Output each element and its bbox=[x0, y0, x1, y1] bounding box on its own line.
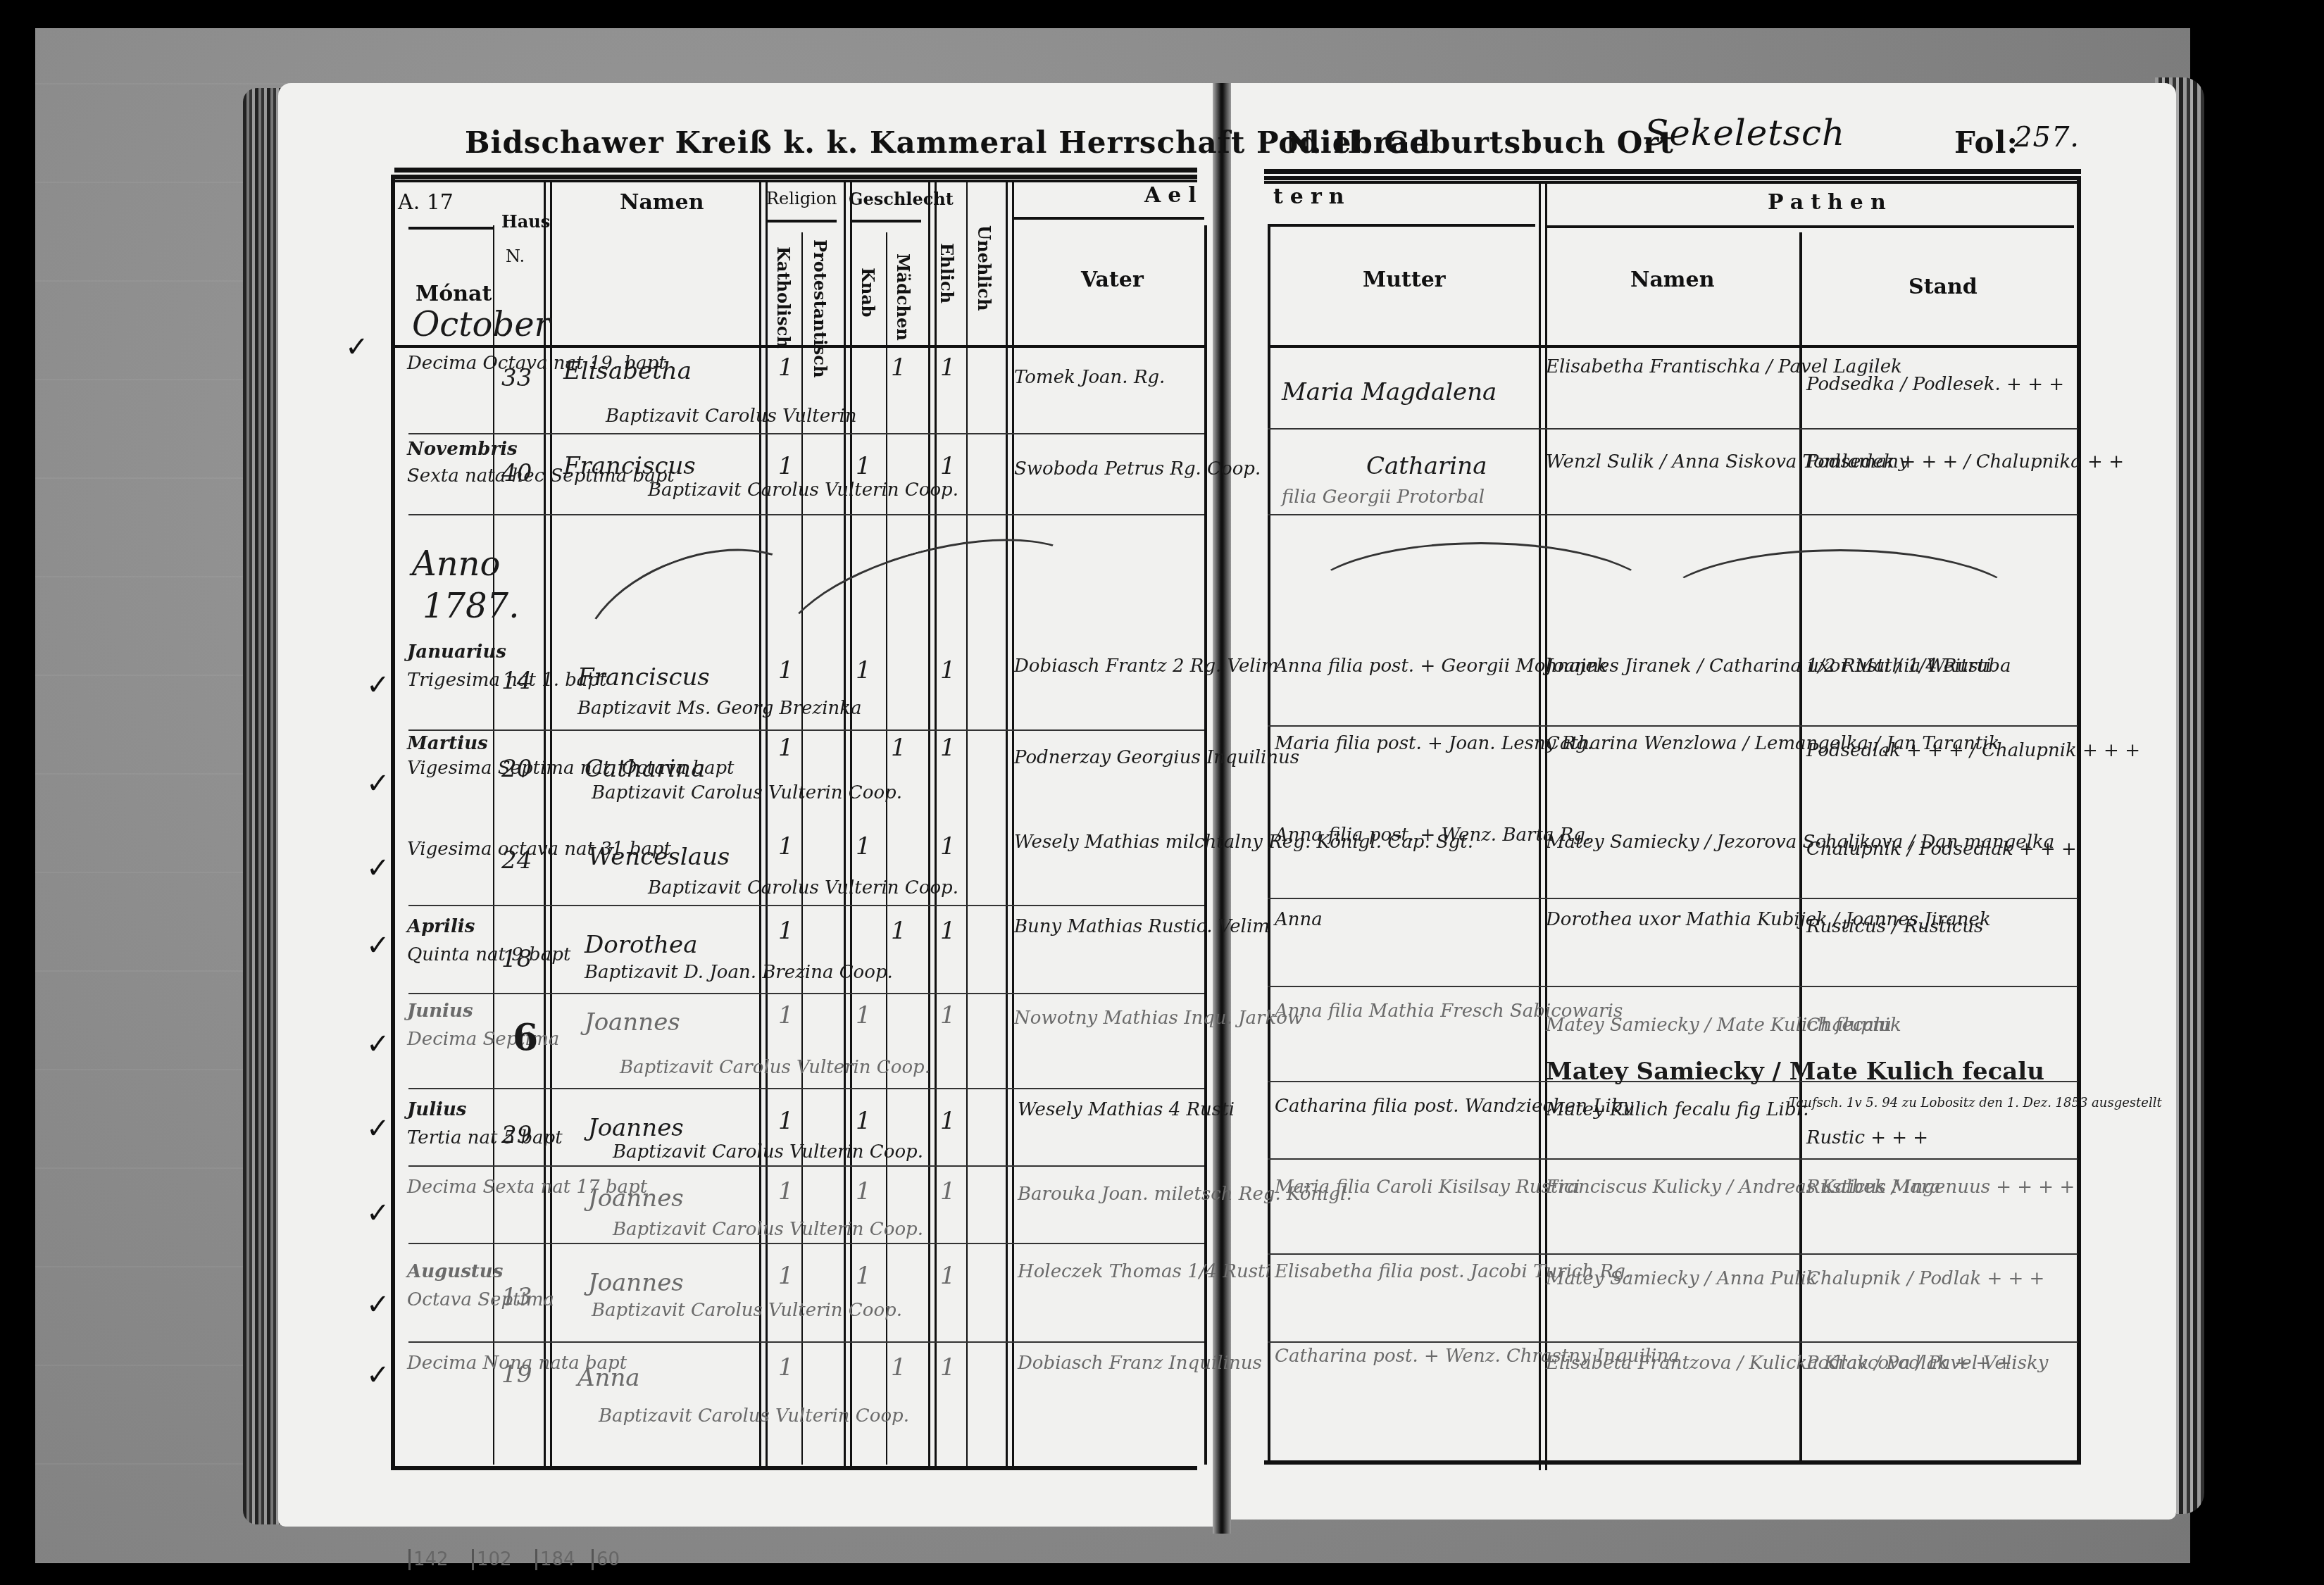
entry-madchen: 1 bbox=[891, 1352, 906, 1383]
entry-ehlich: 1 bbox=[940, 1260, 956, 1291]
entry-mutter: Maria filia Caroli Kisilsay Rustici bbox=[1275, 1176, 1580, 1200]
entry-baptizer: Baptizavit D. Joan. Brezina Coop. bbox=[585, 961, 893, 985]
entry-month: Januarius bbox=[407, 641, 506, 665]
entry-month: Junius bbox=[407, 1000, 473, 1024]
row-separator bbox=[408, 729, 1204, 731]
entry-house: 6 bbox=[513, 1014, 538, 1062]
flourish-stroke bbox=[1303, 542, 1659, 659]
col-divider bbox=[966, 182, 968, 1470]
row-separator bbox=[1268, 898, 2078, 899]
entry-name: Catharina bbox=[585, 753, 705, 784]
entry-name: Joannes bbox=[588, 1183, 684, 1214]
row-separator bbox=[408, 905, 1204, 906]
katholisch-label: Katholisch bbox=[773, 246, 794, 349]
entry-month: Aprilis bbox=[407, 915, 475, 939]
row-separator bbox=[408, 1341, 1204, 1343]
anno-label: Anno bbox=[412, 542, 500, 586]
entry-month: Julius bbox=[407, 1098, 467, 1122]
entry-house: 19 bbox=[501, 1359, 532, 1390]
ruler-mark: 102 bbox=[472, 1549, 512, 1570]
entry-vater: Wesely Mathias 4 Rusti bbox=[1018, 1098, 1235, 1122]
entry-baptizer: Baptizavit Carolus Vulterin Coop. bbox=[599, 1405, 909, 1429]
entry-house: 24 bbox=[501, 845, 532, 876]
entry-pathen-stand: Chalupnik / Podsedlak + + + bbox=[1806, 838, 2077, 862]
entry-pathen-stand: Rustic + + + bbox=[1806, 1127, 1928, 1151]
vater-label: Vater bbox=[1081, 268, 1144, 292]
margin-check-mark: ✓ bbox=[366, 1289, 390, 1321]
row-separator bbox=[1268, 1158, 2078, 1160]
entry-ehlich: 1 bbox=[940, 1352, 956, 1383]
row-separator bbox=[408, 433, 1204, 434]
row-separator bbox=[408, 993, 1204, 994]
pathen-namen-label: Namen bbox=[1630, 268, 1715, 292]
entry-vater: Holeczek Thomas 1/4 Rusti bbox=[1018, 1260, 1271, 1284]
entry-house: 20 bbox=[501, 753, 532, 784]
entry-knab: 1 bbox=[856, 655, 871, 686]
entry-date: Quinta nat 9 bapt bbox=[407, 944, 570, 967]
folio-number: 257. bbox=[2014, 121, 2080, 154]
entry-name: Wenceslaus bbox=[588, 841, 730, 872]
margin-check-mark: ✓ bbox=[366, 1113, 390, 1145]
flourish-stroke bbox=[1655, 549, 2025, 666]
entry-madchen: 1 bbox=[891, 352, 906, 383]
knab-label: Knab bbox=[858, 268, 878, 318]
entry-vater: Dobiasch Frantz 2 Rg. Velim bbox=[1014, 655, 1279, 679]
margin-check-mark: ✓ bbox=[366, 1197, 390, 1229]
scan-ruler: 142 102 184 60 bbox=[268, 1528, 901, 1570]
row-separator bbox=[408, 1165, 1204, 1167]
entry-knab: 1 bbox=[856, 831, 871, 862]
entry-baptizer: Baptizavit Carolus Vulterin Coop. bbox=[592, 1299, 902, 1323]
entry-date: Octava Septima bbox=[407, 1289, 554, 1313]
entry-baptizer: Baptizavit Ms. Georg Brezinka bbox=[577, 697, 862, 721]
margin-check-mark: ✓ bbox=[366, 669, 390, 701]
unehlich-label: Unehlich bbox=[974, 225, 994, 311]
col-divider bbox=[1006, 182, 1014, 1470]
col-divider bbox=[759, 182, 768, 1470]
row-separator bbox=[1268, 514, 2078, 515]
entry-name: Franciscus bbox=[577, 662, 710, 693]
entry-vater: Dobiasch Franz Inquilinus bbox=[1018, 1352, 1262, 1376]
stand-label: Stand bbox=[1908, 275, 1978, 299]
entry-mutter: Maria Magdalena bbox=[1282, 377, 1497, 408]
entry-name: Dorothea bbox=[585, 929, 697, 960]
geschlecht-label: Geschlecht bbox=[849, 189, 954, 209]
entry-ehlich: 1 bbox=[940, 915, 956, 946]
entry-house: 13 bbox=[501, 1282, 532, 1313]
entry-ehlich: 1 bbox=[940, 1176, 956, 1207]
entry-pathen-stand: 1/2 Rusti / 1/4 Rusti bbox=[1806, 655, 1991, 679]
entry-ehlich: 1 bbox=[940, 1105, 956, 1136]
entry-name: Anna bbox=[577, 1362, 640, 1393]
margin-check-mark: ✓ bbox=[366, 768, 390, 800]
header-rule bbox=[408, 227, 493, 230]
entry-house: 33 bbox=[501, 363, 532, 394]
entry-knab: 1 bbox=[856, 451, 871, 482]
entry-katholisch: 1 bbox=[778, 451, 794, 482]
margin-check-mark: ✓ bbox=[345, 331, 369, 363]
entry-ehlich: 1 bbox=[940, 831, 956, 862]
row-separator bbox=[408, 514, 1204, 515]
entry-name: Joannes bbox=[585, 1007, 680, 1038]
entry-vater: Podnerzay Georgius Inquilinus bbox=[1014, 746, 1299, 770]
entry-katholisch: 1 bbox=[778, 1176, 794, 1207]
entry-mutter: Anna filia post. + Wenz. Barta Rg. bbox=[1275, 824, 1591, 848]
entry-madchen: 1 bbox=[891, 732, 906, 763]
ruler-mark: 184 bbox=[535, 1549, 575, 1570]
entry-baptizer: Baptizavit Carolus Vulterin Coop. bbox=[592, 782, 902, 806]
entry-ehlich: 1 bbox=[940, 451, 956, 482]
entry-knab: 1 bbox=[856, 1105, 871, 1136]
aeltern-label-cont: tern bbox=[1273, 184, 1351, 209]
entry-pathen-stand: Rusticus / Ingenuus + + + + bbox=[1806, 1176, 2075, 1200]
entry-pathen-stand: Podsedek + + + / Chalupnika + + bbox=[1806, 451, 2124, 475]
ruler-mark: 60 bbox=[592, 1549, 620, 1570]
entry-katholisch: 1 bbox=[778, 1105, 794, 1136]
entry-baptizer: Baptizavit Carolus Vulterin Coop. bbox=[648, 877, 958, 901]
ehlich-label: Ehlich bbox=[937, 243, 957, 303]
entry-knab: 1 bbox=[856, 1176, 871, 1207]
col-divider bbox=[928, 182, 937, 1470]
entry-katholisch: 1 bbox=[778, 831, 794, 862]
entry-katholisch: 1 bbox=[778, 732, 794, 763]
margin-check-mark: ✓ bbox=[366, 852, 390, 884]
margin-check-mark: ✓ bbox=[366, 1028, 390, 1060]
entry-house: 18 bbox=[501, 944, 532, 975]
entry-pathen-stand: Chalupnik / Podlak + + + bbox=[1806, 1267, 2044, 1291]
folio-label: Fol: bbox=[1954, 125, 2018, 160]
entry-baptizer: Baptizavit Carolus Vulterin Coop. bbox=[648, 479, 958, 503]
entry-mutter: Catharina bbox=[1366, 451, 1487, 482]
madchen-label: Mädchen bbox=[893, 253, 913, 341]
entry-pathen-namen: Matey Samiecky / Anna Pulik bbox=[1546, 1267, 1818, 1291]
mutter-label: Mutter bbox=[1363, 268, 1446, 292]
entry-katholisch: 1 bbox=[778, 915, 794, 946]
entry-ehlich: 1 bbox=[940, 352, 956, 383]
entry-katholisch: 1 bbox=[778, 655, 794, 686]
entry-house: 29 bbox=[501, 1120, 532, 1151]
entry-vater: Buny Mathias Rustic. Velim bbox=[1014, 915, 1270, 939]
entry-month: Martius bbox=[407, 732, 488, 756]
row-separator bbox=[1268, 428, 2078, 430]
entry-ehlich: 1 bbox=[940, 1000, 956, 1031]
religion-label: Religion bbox=[766, 189, 837, 208]
entry-name: Joannes bbox=[588, 1267, 684, 1298]
entry-madchen: 1 bbox=[891, 915, 906, 946]
entry-vater: Swoboda Petrus Rg. Coop. bbox=[1014, 458, 1261, 482]
margin-check-mark: ✓ bbox=[366, 929, 390, 962]
entry-baptizer: Baptizavit Carolus Vulterin Coop. bbox=[613, 1141, 923, 1165]
year-1787: 1787. bbox=[423, 584, 519, 628]
aeltern-label: Ael bbox=[1144, 183, 1204, 208]
header-bottom-rule bbox=[1268, 345, 2078, 348]
header-rule bbox=[851, 220, 921, 223]
entry-ehlich: 1 bbox=[940, 732, 956, 763]
right-page-header: N. II. Geburtsbuch Ort bbox=[1285, 125, 1674, 160]
entry-knab: 1 bbox=[856, 1000, 871, 1031]
row-separator bbox=[1268, 1341, 2078, 1343]
entry-katholisch: 1 bbox=[778, 352, 794, 383]
entry-month: Augustus bbox=[407, 1260, 503, 1284]
entry-pathen-namen: Matey Kulich fecalu fig Libr. bbox=[1546, 1098, 1808, 1122]
header-rule bbox=[1014, 217, 1204, 220]
entry-baptizer: Baptizavit Carolus Vulterin Coop. bbox=[620, 1056, 930, 1080]
header-rule bbox=[1268, 224, 1535, 227]
row-separator bbox=[1268, 1253, 2078, 1255]
entry-pathen-stand: Rusticus / Rusticus bbox=[1806, 915, 1983, 939]
row-separator bbox=[1268, 725, 2078, 727]
pathen-label: Pathen bbox=[1768, 190, 1893, 215]
row-separator bbox=[408, 1243, 1204, 1244]
entry-vater: Tomek Joan. Rg. bbox=[1014, 366, 1165, 390]
entry-baptizer: Baptizavit Carolus Vulterin Coop. bbox=[613, 1218, 923, 1242]
entry-house: 14 bbox=[501, 665, 532, 696]
entry-pathen-stand: Podsedka / Podlesek. + + + bbox=[1806, 373, 2064, 397]
entry-katholisch: 1 bbox=[778, 1000, 794, 1031]
margin-check-mark: ✓ bbox=[366, 1359, 390, 1391]
entry-pathen-namen-extra: Matey Samiecky / Mate Kulich fecalu bbox=[1546, 1056, 2044, 1087]
entry-ehlich: 1 bbox=[940, 655, 956, 686]
namen-label: Namen bbox=[620, 190, 704, 215]
col-divider bbox=[886, 232, 887, 1465]
entry-name: Joannes bbox=[588, 1113, 684, 1144]
annotation-note: Taufsch. 1v 5. 94 zu Lobositz den 1. Dez… bbox=[1789, 1095, 2162, 1111]
row-separator bbox=[1268, 986, 2078, 987]
entry-pathen-stand: Podlak / Podlak + + + bbox=[1806, 1352, 2012, 1376]
entry-name: Elisabetha bbox=[563, 356, 692, 387]
entry-name: Franciscus bbox=[563, 451, 696, 482]
col-divider bbox=[844, 182, 852, 1470]
entry-knab: 1 bbox=[856, 1260, 871, 1291]
month-october: October bbox=[412, 303, 551, 346]
entry-baptizer: Baptizavit Carolus Vulterin bbox=[606, 405, 857, 429]
entry-vater: Nowotny Mathias Inqu. Jarkow bbox=[1014, 1007, 1303, 1031]
entry-mutter: Anna bbox=[1275, 908, 1323, 932]
place-name: Sekeletsch bbox=[1644, 113, 1845, 154]
haus-label: Haus bbox=[501, 211, 550, 232]
protestantisch-label: Protestantisch bbox=[810, 239, 830, 377]
year-label: A. 17 bbox=[398, 190, 454, 215]
entry-date: Tertia nat 5 bapt bbox=[407, 1127, 563, 1151]
header-rule bbox=[1546, 225, 2074, 228]
row-separator bbox=[408, 1088, 1204, 1089]
entry-mutter-note: filia Georgii Protorbal bbox=[1282, 486, 1485, 510]
entry-pathen-stand: Podsedlak + + + / Chalupnik + + + bbox=[1806, 739, 2140, 763]
entry-pathen-stand: Chalupnik bbox=[1806, 1014, 1901, 1038]
header-rule bbox=[766, 220, 837, 223]
book-gutter bbox=[1213, 83, 1231, 1534]
ruler-mark: 142 bbox=[408, 1549, 449, 1570]
haus-number-label: N. bbox=[506, 246, 525, 266]
entry-katholisch: 1 bbox=[778, 1260, 794, 1291]
entry-katholisch: 1 bbox=[778, 1352, 794, 1383]
entry-house: 40 bbox=[501, 458, 532, 489]
